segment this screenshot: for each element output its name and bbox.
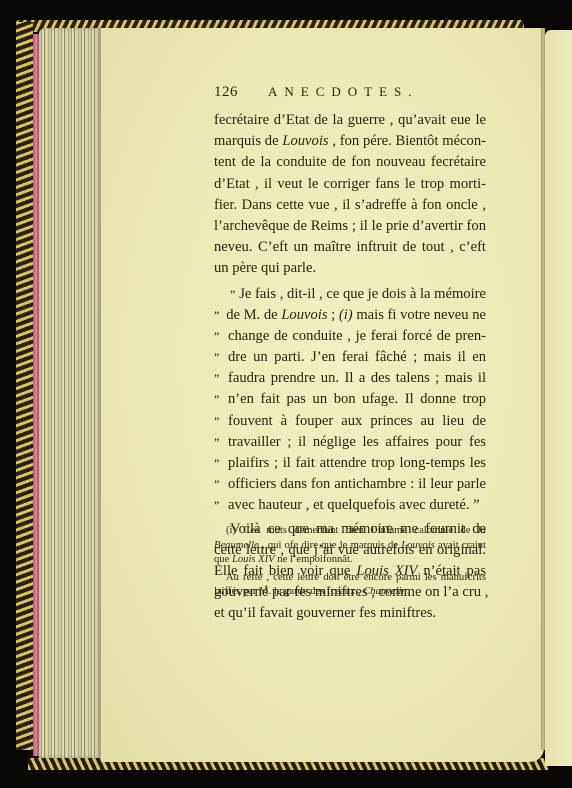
- footnote-line: laiffés par M. le garde des fceaux , Cha…: [214, 585, 486, 600]
- text-line: fecrétaire d’Etat de la guerre , qu’avai…: [214, 110, 486, 131]
- quote-line: ”travailler ; il néglige les affaires po…: [214, 432, 486, 453]
- text-line: marquis de Louvois , fon pére. Bientôt m…: [214, 131, 486, 152]
- quote-line: ”plaifirs ; il fait attendre trop long-t…: [214, 453, 486, 474]
- quote-line: ”change de conduite , je ferai forcé de …: [214, 326, 486, 347]
- footnote-ref: (i): [339, 307, 353, 323]
- text-line: d’Etat , il veut le corriger fans le tro…: [214, 174, 486, 195]
- footnote-line: Au refte , cette lettre doit être encore…: [214, 571, 486, 586]
- paragraph-1: fecrétaire d’Etat de la guerre , qu’avai…: [214, 110, 486, 280]
- text-line: fier. Dans cette vue , il s’adreffe à fo…: [214, 195, 486, 216]
- page-number: 126: [214, 84, 268, 101]
- text-line: un père qui parle.: [214, 258, 486, 279]
- quote-line: ”n’en fait pas un bon ufage. Il donne tr…: [214, 389, 486, 410]
- book-photo: 126 ANECDOTES. fecrétaire d’Etat de la g…: [0, 0, 572, 788]
- running-header: 126 ANECDOTES.: [214, 84, 486, 108]
- quote-line: ”fouvent à fouper aux princes au lieu de: [214, 411, 486, 432]
- text-line: l’archevêque de Reims ; il le prie d’ave…: [214, 216, 486, 237]
- quote-line: ”de M. de Louvois ; (i) mais fi votre ne…: [214, 305, 486, 326]
- quote-line: ”avec hauteur , et quelquefois avec dure…: [214, 495, 486, 516]
- text-line: et qu’il favait gouverner fes miniftres.: [214, 603, 486, 624]
- text-line: neveu. C’eft un maître inftruit de tout …: [214, 237, 486, 258]
- gilt-border-left: [16, 22, 33, 750]
- footnotes: (i) Ces mots démentent bien l’infame cal…: [214, 524, 486, 600]
- page-stack-edges: [39, 28, 101, 758]
- footnote-line: Beaumelle , qui ofe dire que le marquis …: [214, 539, 486, 554]
- quote-line: ”faudra prendre un. Il a des talens ; ma…: [214, 368, 486, 389]
- running-head: ANECDOTES.: [268, 84, 419, 100]
- quote-line: ”Je fais , dit-il , ce que je dois à la …: [214, 284, 486, 305]
- footnote-line: (i) Ces mots démentent bien l’infame cal…: [214, 524, 486, 539]
- footnote-line: que Louis XIV ne l’empoifonnât.: [214, 553, 486, 568]
- facing-page-edge: [545, 30, 572, 766]
- quote-line: ”officiers dans fon antichambre : il leu…: [214, 474, 486, 495]
- quote-line: ”dre un parti. J’en ferai fâché ; mais i…: [214, 347, 486, 368]
- text-line: tent de la conduite de fon nouveau fecré…: [214, 152, 486, 173]
- quoted-letter: ”Je fais , dit-il , ce que je dois à la …: [214, 284, 486, 517]
